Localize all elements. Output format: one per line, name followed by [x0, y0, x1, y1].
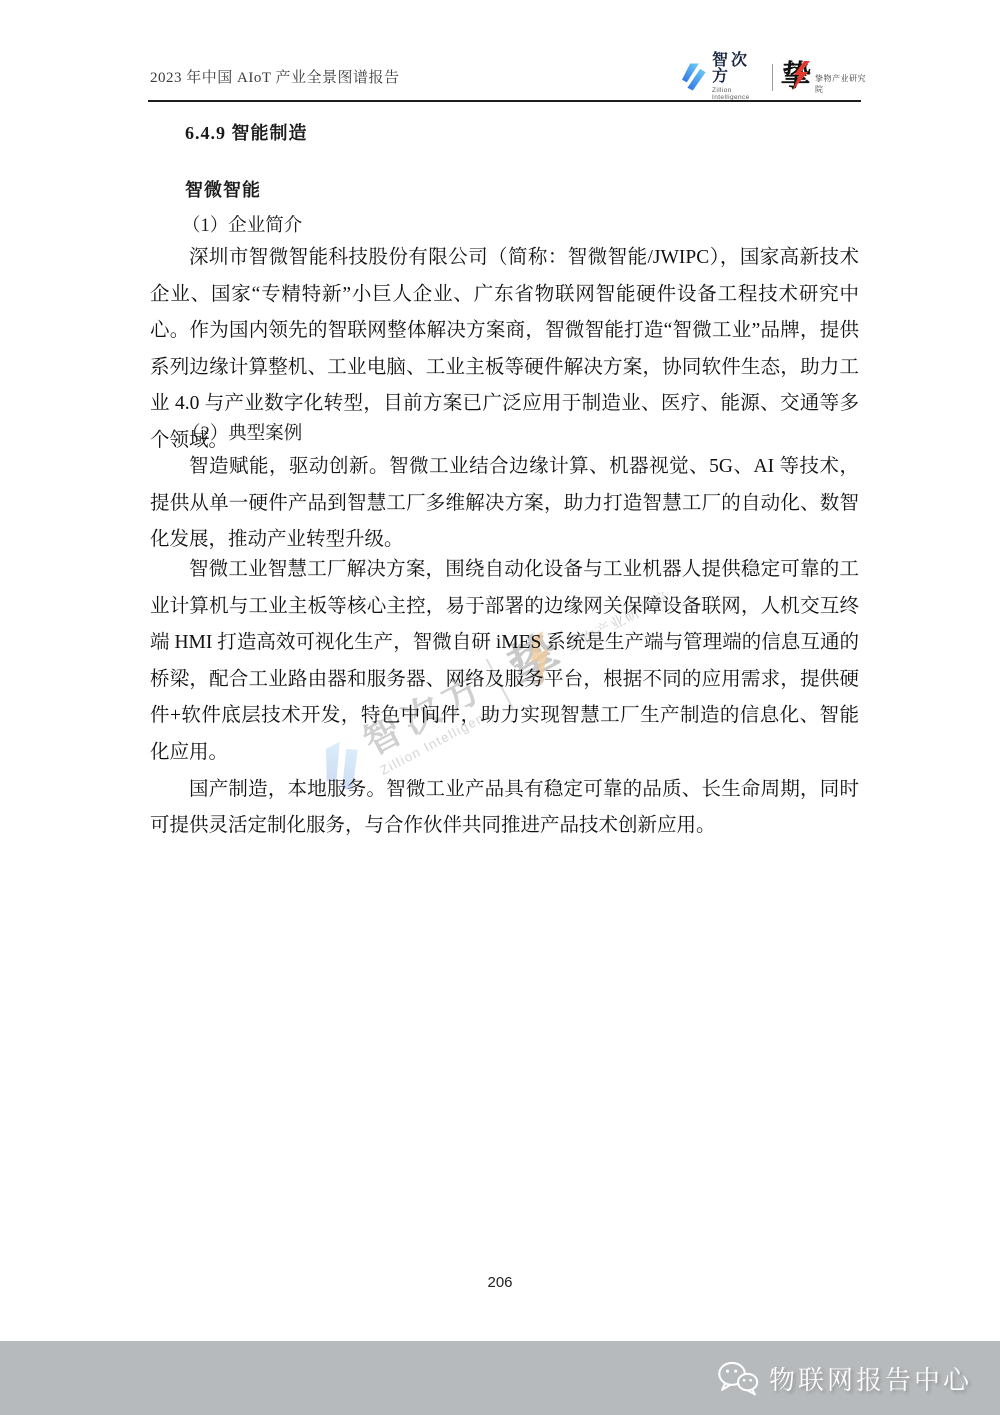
document-page: 2023 年中国 AIoT 产业全景图谱报告 智次方 Zillion Intel…	[0, 0, 1000, 1415]
zhicifang-logo-icon	[680, 62, 707, 92]
report-title: 2023 年中国 AIoT 产业全景图谱报告	[150, 66, 399, 87]
page-number: 206	[0, 1274, 1000, 1291]
company-name-heading: 智微智能	[185, 176, 261, 202]
subsection-1-heading: （1）企业简介	[182, 211, 302, 237]
footer-watermark-band: 物联网报告中心	[0, 1341, 1000, 1415]
footer-watermark-text: 物联网报告中心	[769, 1360, 972, 1397]
paragraph-local-service: 国产制造，本地服务。智微工业产品具有稳定可靠的品质、长生命周期，同时可提供灵活定…	[150, 772, 859, 845]
header-brand-logos: 智次方 Zillion Intelligence 挚 挚物产业研究院	[680, 56, 866, 98]
zhicifang-name: 智次方	[712, 53, 763, 85]
wechat-icon	[717, 1360, 759, 1396]
section-title: 6.4.9 智能制造	[185, 119, 308, 145]
zhiwu-lightning-icon	[790, 61, 810, 91]
paragraph-solution-block: 智微工业智慧工厂解决方案，围绕自动化设备与工业机器人提供稳定可靠的工业计算机与工…	[150, 552, 859, 845]
paragraph-case-overview: 智造赋能，驱动创新。智微工业结合边缘计算、机器视觉、5G、AI 等技术，提供从单…	[150, 449, 859, 559]
zhiwu-institute-name: 挚物产业研究院	[815, 73, 866, 95]
zhicifang-brand-text: 智次方 Zillion Intelligence	[712, 53, 763, 101]
brand-divider	[772, 64, 773, 91]
header-rule	[148, 100, 861, 102]
paragraph-solution-detail: 智微工业智慧工厂解决方案，围绕自动化设备与工业机器人提供稳定可靠的工业计算机与工…	[150, 552, 859, 772]
zhiwu-logo: 挚	[781, 58, 813, 96]
footer-watermark: 物联网报告中心	[717, 1341, 972, 1415]
paragraph-company-intro: 深圳市智微智能科技股份有限公司（简称：智微智能/JWIPC），国家高新技术企业、…	[150, 240, 859, 460]
